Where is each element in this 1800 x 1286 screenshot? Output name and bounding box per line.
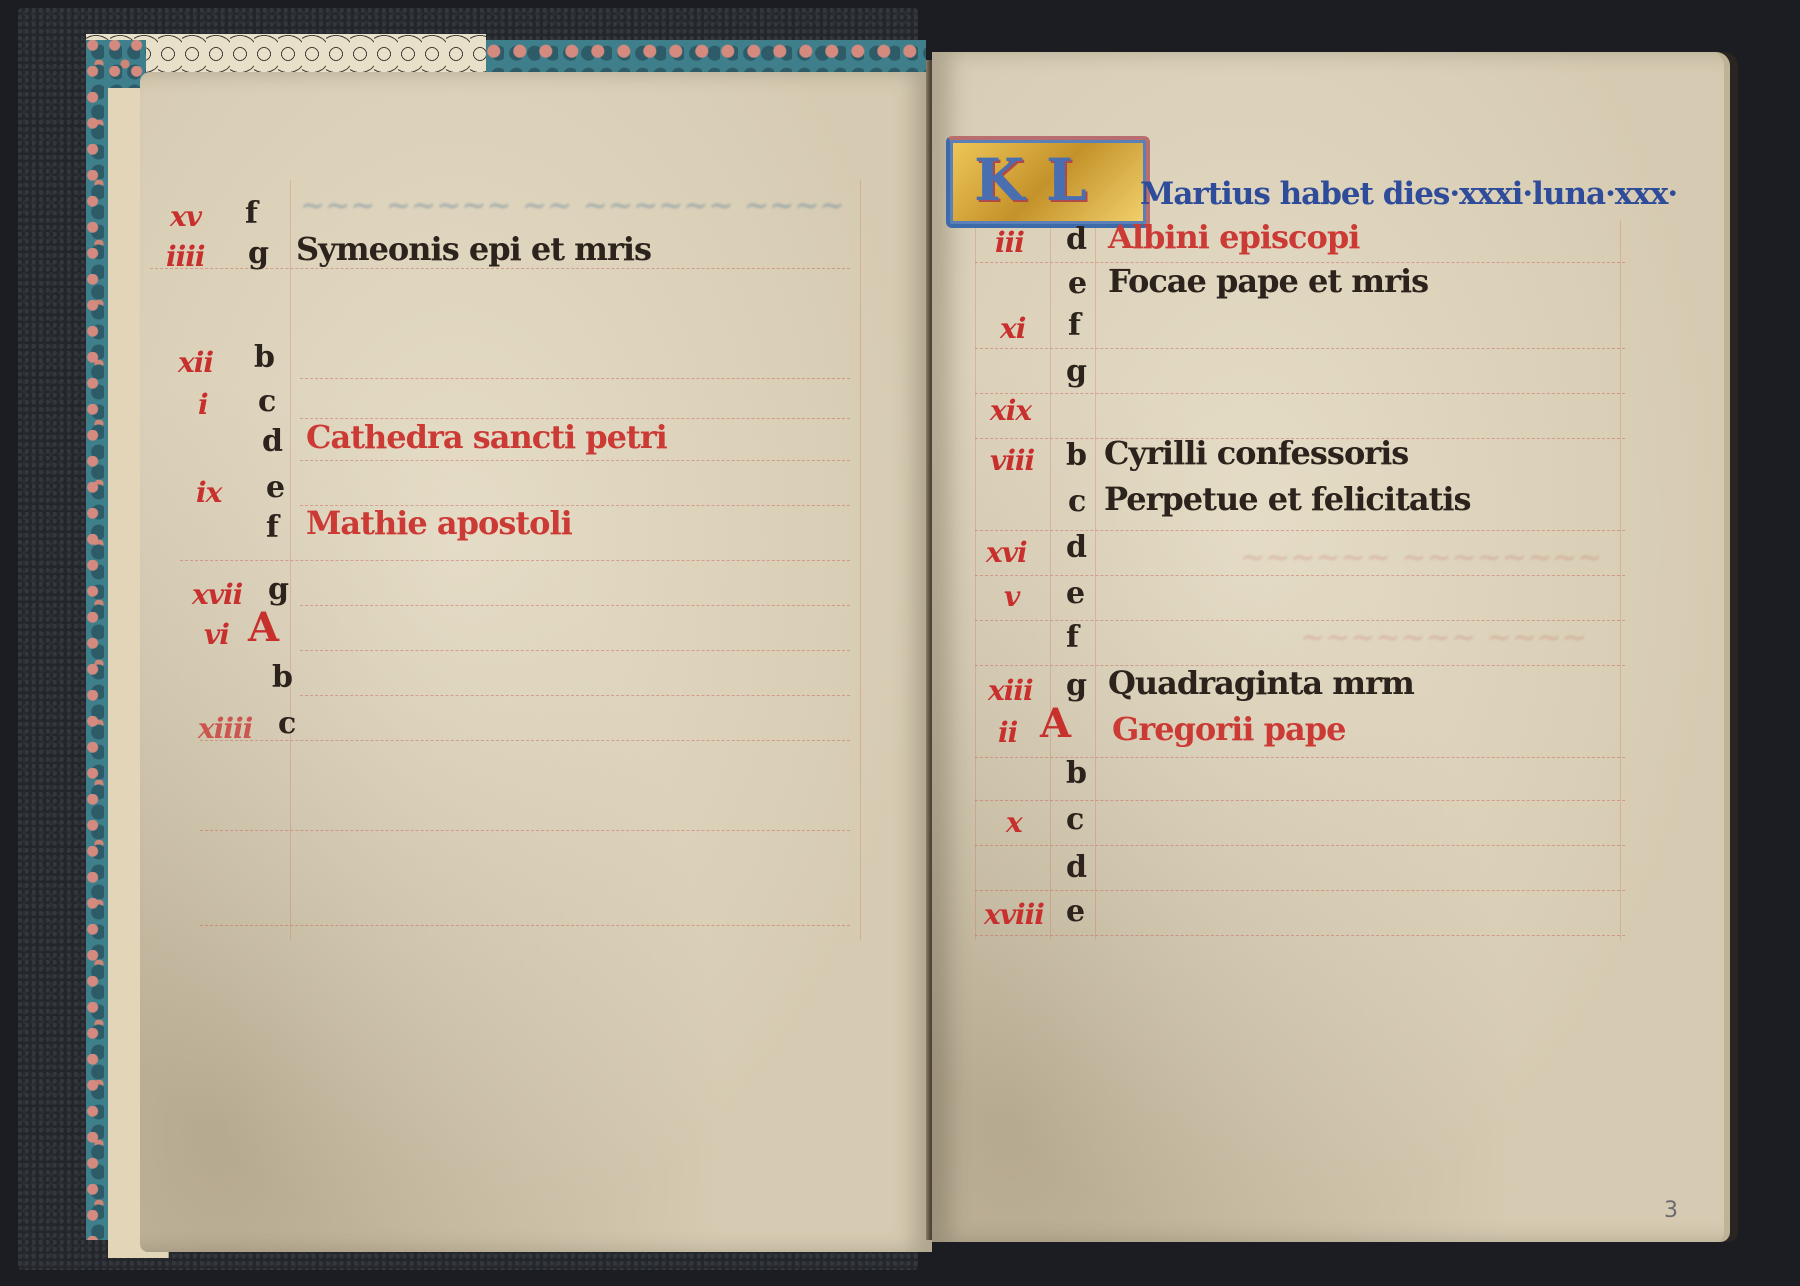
ruling-line — [975, 348, 1625, 349]
feast-entry-red: Cathedra sancti petri — [306, 418, 667, 456]
feast-entry: Perpetue et felicitatis — [1104, 480, 1471, 518]
dominical-letter: e — [1066, 894, 1085, 929]
ruling-line — [300, 605, 850, 606]
dominical-letter: c — [1068, 484, 1086, 519]
golden-number: xii — [178, 346, 213, 379]
feast-entry: Cyrilli confessoris — [1104, 434, 1408, 472]
show-through-text: ~~~~~~~ ~~~~ — [1300, 620, 1587, 655]
golden-number: ix — [196, 476, 221, 509]
feast-entry: Focae pape et mris — [1108, 262, 1428, 300]
ruling-line — [975, 393, 1625, 394]
dominical-letter: b — [1066, 438, 1087, 473]
dominical-letter: g — [1066, 668, 1087, 703]
ruling-line — [1620, 220, 1621, 940]
dominical-letter: g — [1066, 354, 1087, 389]
dominical-letter: b — [272, 660, 293, 695]
dominical-letter: d — [1066, 222, 1087, 257]
golden-number: xi — [1000, 312, 1025, 345]
golden-number: x — [1006, 806, 1022, 839]
ruling-line — [975, 890, 1625, 891]
ruling-line — [975, 845, 1625, 846]
dominical-letter: e — [1068, 266, 1087, 301]
show-through-text: ~~~~~~ ~~~~~~~~ — [1240, 540, 1602, 575]
dominical-letter: d — [262, 424, 283, 459]
dominical-letter: c — [258, 384, 276, 419]
dominical-letter: e — [266, 470, 285, 505]
dominical-letter: b — [1066, 756, 1087, 791]
feast-entry-red: Gregorii pape — [1112, 710, 1345, 748]
feast-entry-red: Albini episcopi — [1108, 218, 1359, 256]
ruling-line — [200, 830, 850, 831]
dominical-letter: c — [278, 706, 296, 741]
ruling-line — [1095, 220, 1096, 940]
golden-number: ii — [998, 716, 1017, 749]
golden-number: iii — [995, 226, 1024, 259]
show-through-text: ~~~ ~~~~~ ~~ ~~~~~~ ~~~~ — [300, 188, 845, 223]
ruling-line — [300, 460, 850, 461]
initial-letter-l: L — [1046, 146, 1087, 214]
month-header: Martius habet dies·xxxi·luna·xxx· — [1140, 176, 1677, 212]
golden-number: xviii — [984, 898, 1044, 931]
ruling-line — [975, 800, 1625, 801]
dominical-letter-red-initial: A — [248, 604, 279, 651]
folio-number: 3 — [1664, 1198, 1678, 1223]
ruling-line — [975, 935, 1625, 936]
golden-number: xix — [990, 394, 1031, 427]
feast-entry: Quadraginta mrm — [1108, 664, 1414, 702]
golden-number: xvi — [986, 536, 1027, 569]
feast-entry: Symeonis epi et mris — [296, 230, 651, 268]
dominical-letter: e — [1066, 576, 1085, 611]
dominical-letter: d — [1066, 850, 1087, 885]
dominical-letter: f — [266, 510, 279, 545]
golden-number: xiiii — [198, 712, 252, 745]
ruling-line — [300, 378, 850, 379]
golden-number: v — [1004, 580, 1019, 613]
ruling-line — [860, 180, 861, 940]
dominical-letter: d — [1066, 530, 1087, 565]
illuminated-kl-initial: K L — [946, 136, 1150, 228]
golden-number: iiii — [166, 240, 205, 273]
golden-number: viii — [990, 444, 1034, 477]
dominical-letter: c — [1066, 802, 1084, 837]
dominical-letter: g — [268, 572, 289, 607]
endpaper-ornamental-border — [86, 34, 486, 75]
golden-number: xiii — [988, 674, 1033, 707]
ruling-line — [180, 560, 850, 561]
golden-number: xvii — [192, 578, 242, 611]
ruling-line — [200, 925, 850, 926]
dominical-letter-red-initial: A — [1040, 700, 1071, 747]
ruling-line — [975, 220, 976, 940]
golden-number: i — [198, 388, 208, 421]
ruling-line — [1050, 220, 1051, 940]
initial-letter-k: K — [974, 146, 1024, 214]
ruling-line — [300, 650, 850, 651]
feast-entry-red: Mathie apostoli — [306, 504, 572, 542]
golden-number: xv — [170, 200, 201, 233]
ruling-line — [300, 695, 850, 696]
dominical-letter: f — [1068, 308, 1081, 343]
ruling-line — [200, 740, 850, 741]
dominical-letter: g — [248, 236, 269, 271]
dominical-letter: f — [1066, 620, 1079, 655]
marbled-endpaper-top — [486, 40, 926, 72]
dominical-letter: b — [254, 340, 275, 375]
golden-number: vi — [204, 618, 229, 651]
dominical-letter: f — [245, 196, 258, 231]
